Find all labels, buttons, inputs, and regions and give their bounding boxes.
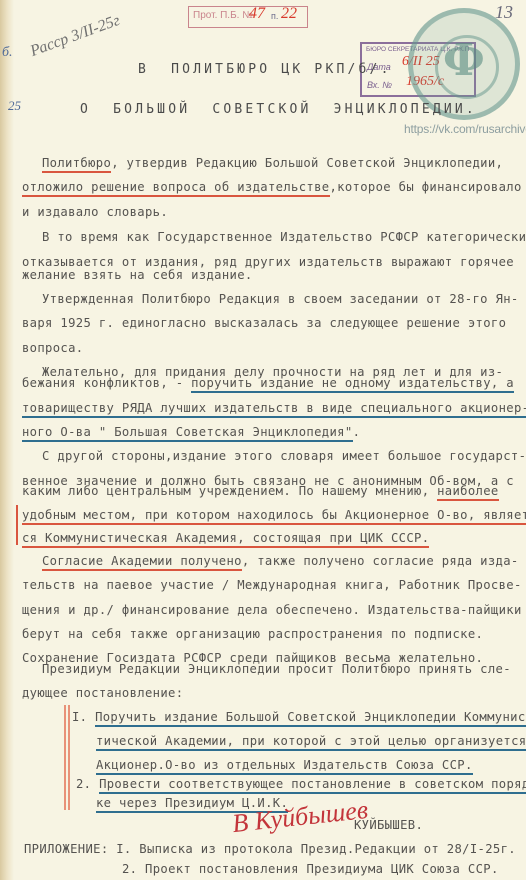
margin-mark-orange — [68, 705, 70, 810]
underlined-text: удобным местом, при котором находилось б… — [22, 508, 526, 525]
watermark-url: https://vk.com/rusarchives — [404, 122, 526, 136]
body-text: , также получено согласие ряда изда- — [242, 554, 519, 568]
resolution-text: Поручить издание Большой Советской Энцик… — [95, 710, 526, 727]
protocol-number: 47 — [249, 5, 265, 23]
body-text: . — [353, 425, 361, 439]
underlined-text: Политбюро — [42, 156, 111, 173]
underlined-text: Согласие Академии получено — [42, 554, 242, 571]
protocol-stamp: Прот. П.Б. № 47 п. 22 — [188, 6, 308, 28]
addressee: В ПОЛИТБЮРО ЦК РКП/б/. — [138, 62, 392, 77]
underlined-text: отложило решение вопроса об издательстве — [22, 180, 330, 197]
body-text: бежания конфликтов, - — [22, 376, 191, 390]
page-binding-edge — [0, 0, 14, 880]
body-text: желание взять на себя издание. — [22, 268, 253, 282]
document-title: О БОЛЬШОЙ СОВЕТСКОЙ ЭНЦИКЛОПЕДИИ. — [80, 102, 477, 117]
body-text: , утвердив Редакцию Большой Советской Эн… — [111, 156, 503, 170]
resolution-number: 2. — [76, 777, 91, 791]
signatory-name: КУЙБЫШЕВ. — [354, 818, 423, 832]
body-text: вопроса. — [22, 341, 84, 355]
margin-mark-red — [16, 505, 18, 545]
resolution-number: I. — [72, 710, 87, 724]
body-text: ,которое бы финансировало — [330, 180, 522, 194]
archive-monogram-icon: Ф — [443, 35, 485, 86]
underlined-text: ся Коммунистическая Академия, состоящая … — [22, 531, 429, 548]
underlined-text: товариществу РЯДА лучших издательств в в… — [22, 401, 526, 418]
body-text: С другой стороны,издание этого словаря и… — [42, 449, 526, 463]
margin-note-left-1: б. — [2, 45, 13, 61]
body-text: Президиум Редакции Энциклопедии просит П… — [42, 662, 511, 676]
body-text: отказывается от издания, ряд других изда… — [22, 255, 514, 269]
protocol-item: 22 — [281, 5, 297, 23]
appendix-label: ПРИЛОЖЕНИЕ: — [24, 842, 109, 856]
resolution-text: Акционер.О-во из отдельных Издательств С… — [96, 758, 473, 775]
resolution-text: тической Академии, при которой с этой це… — [96, 734, 526, 751]
protocol-stamp-label: Прот. П.Б. № — [193, 10, 253, 21]
body-text: и издавало словарь. — [22, 205, 168, 219]
underlined-text: поручить издание не одному издательству,… — [191, 376, 514, 393]
body-text: тельств на паевое участие / Международна… — [22, 578, 522, 592]
margin-note-left-2: 25 — [8, 98, 21, 114]
resolution-text: Провести соответствующее постановление в… — [99, 777, 526, 794]
incoming-number-label: Вх. № — [367, 80, 392, 90]
protocol-item-sep: п. — [271, 11, 278, 21]
body-text: щения и др./ финансирование дела обеспеч… — [22, 603, 522, 617]
appendix-item: 2. Проект постановления Президиума ЦИК С… — [122, 862, 499, 876]
body-text: каким либо центральным учреждением. По н… — [22, 484, 437, 498]
margin-note-reviewed: Расср 3/II-25г — [28, 12, 123, 61]
body-text: берут на себя также организацию распрост… — [22, 627, 483, 641]
appendix-item: I. Выписка из протокола Презид.Редакции … — [116, 842, 516, 856]
underlined-text: наиболее — [437, 484, 499, 501]
body-text: В то время как Государственное Издательс… — [42, 230, 526, 244]
underlined-text: ного О-ва " Большая Советская Энциклопед… — [22, 425, 353, 442]
body-text: дующее постановление: — [22, 686, 183, 700]
body-text: варя 1925 г. единогласно высказалась за … — [22, 316, 506, 330]
page-number: 13 — [495, 2, 513, 23]
margin-mark-orange — [64, 705, 66, 810]
body-text: Утвержденная Политбюро Редакция в своем … — [42, 292, 519, 306]
